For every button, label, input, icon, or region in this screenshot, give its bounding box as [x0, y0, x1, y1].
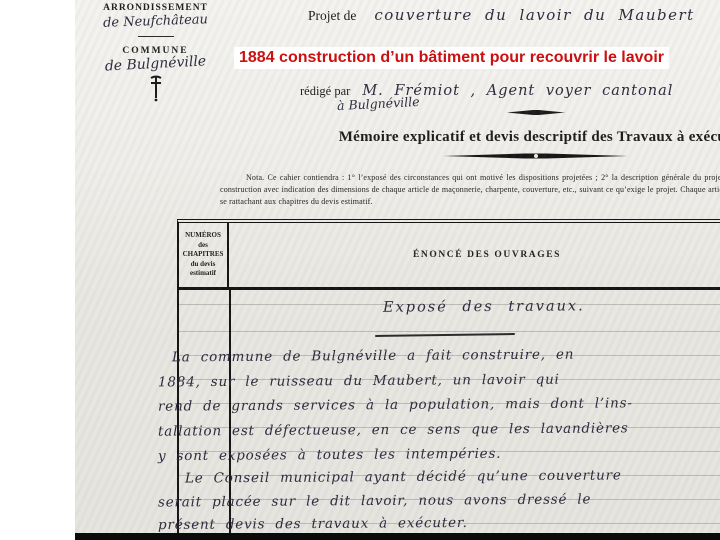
col1-line: NUMÉROS — [179, 231, 227, 241]
nota-paragraph: Nota. Ce cahier contiendra : 1° l’exposé… — [220, 172, 720, 208]
col1-line: CHAPITRES — [179, 250, 227, 260]
scan-bottom-edge — [75, 533, 720, 540]
manuscript-line: présent devis des travaux à exécuter. — [158, 515, 468, 533]
project-label: Projet de — [308, 8, 356, 23]
column-header-numeros: NUMÉROS des CHAPITRES du devis estimatif — [179, 223, 229, 287]
arrondissement-value: de Neufchâteau — [88, 12, 223, 32]
slide: ARRONDISSEMENT de Neufchâteau COMMUNE de… — [0, 0, 720, 540]
manuscript-line: tallation est défectueuse, en ce sens qu… — [158, 420, 629, 439]
project-value: couverture du lavoir du Maubert — [374, 6, 694, 24]
manuscript-heading: Exposé des travaux. — [383, 298, 585, 315]
divider-rule — [138, 36, 174, 37]
document-title: Mémoire explicatif et devis descriptif d… — [303, 129, 720, 146]
manuscript-line: serait placée sur le dit lavoir, nous av… — [158, 491, 591, 510]
document-scan: ARRONDISSEMENT de Neufchâteau COMMUNE de… — [75, 0, 720, 540]
manuscript-line: rend de grands services à la population,… — [158, 395, 633, 414]
spindle-divider — [443, 153, 628, 159]
header-left-block: ARRONDISSEMENT de Neufchâteau COMMUNE de… — [88, 3, 223, 104]
flourish-divider — [507, 110, 565, 115]
paraphe-cross-icon — [88, 74, 223, 104]
column-header-enonce: ÉNONCÉ DES OUVRAGES — [229, 223, 720, 287]
table-header-row: NUMÉROS des CHAPITRES du devis estimatif… — [179, 223, 720, 290]
manuscript-line: 1884, sur le ruisseau du Maubert, un lav… — [158, 372, 560, 391]
redige-place: à Bulgnéville — [337, 94, 420, 113]
manuscript-line: La commune de Bulgnéville a fait constru… — [172, 347, 574, 366]
col1-line: estimatif — [179, 269, 227, 279]
manuscript-line: Le Conseil municipal ayant décidé qu’une… — [185, 467, 622, 486]
col1-line: des — [179, 241, 227, 251]
manuscript-line: y sont exposées à toutes les intempéries… — [158, 446, 501, 464]
annotation-overlay: 1884 construction d’un bâtiment pour rec… — [234, 47, 669, 69]
col1-line: du devis — [179, 260, 227, 270]
redige-label: rédigé par — [300, 84, 350, 98]
project-line: Projet de couverture du lavoir du Mauber… — [308, 6, 695, 25]
